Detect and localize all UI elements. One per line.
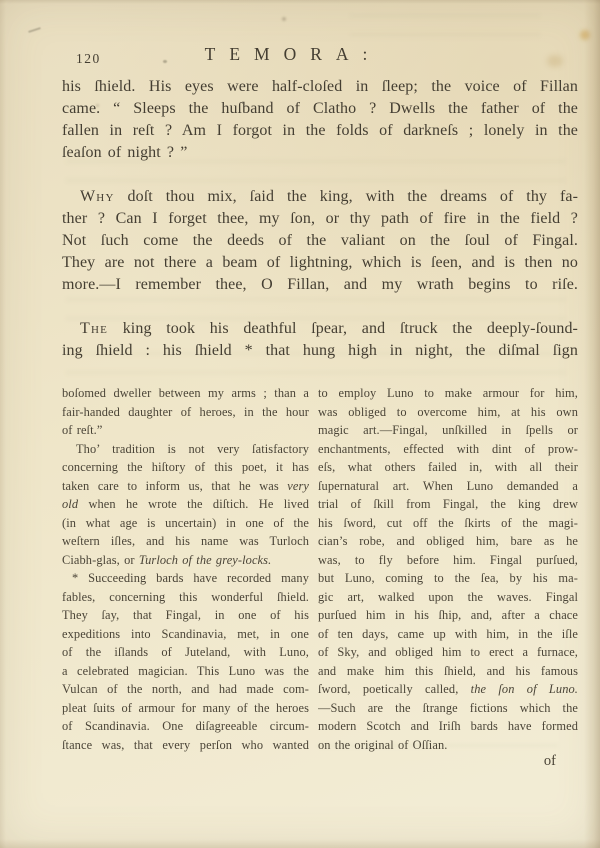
text-segment: taken care to inform us, that he was — [62, 479, 287, 493]
text-segment: purſued him in his ſhip, and, after a ch… — [318, 608, 578, 622]
footnote-left-column: boſomed dweller between my arms ; than a… — [62, 384, 309, 754]
text-line: more.—I remember thee, O Fillan, and my … — [62, 276, 578, 298]
text-line: of Sky, and obliged him to erect a furna… — [318, 643, 578, 662]
text-segment: Ciabh-glas, or — [62, 553, 139, 567]
text-line: his ſword, cut off the ſkirts of the mag… — [318, 514, 578, 533]
text-line: Why doſt thou mix, ſaid the king, with t… — [62, 188, 578, 210]
page-edge-shadow — [0, 0, 6, 848]
text-line: fables, concerning this wonderful ſhield… — [62, 588, 309, 607]
text-line: of the iſlands of Juteland, with Luno, — [62, 643, 309, 662]
page-edge-shadow — [584, 0, 600, 848]
text-segment: when he wrote the diſtich. He lived — [78, 497, 309, 511]
text-line: eſs, what others failed in, with all the… — [318, 458, 578, 477]
page-edge-shadow — [0, 0, 600, 4]
paper-stain — [28, 27, 41, 33]
text-line: on the original of Oſſian. — [318, 736, 578, 755]
text-segment: of reſt.” — [62, 423, 102, 437]
text-segment: modern Scotch and Iriſh bards have forme… — [318, 719, 578, 733]
text-segment: ſupernatural art. When Luno demanded a — [318, 479, 578, 493]
text-segment: was, to fly before him. Fingal purſued, — [318, 553, 578, 567]
text-line: ſupernatural art. When Luno demanded a — [318, 477, 578, 496]
text-line: modern Scotch and Iriſh bards have forme… — [318, 717, 578, 736]
text-segment: cian’s robe, and obliged him, bare as he — [318, 534, 578, 548]
text-line: They ſay, that Fingal, in one of his — [62, 606, 309, 625]
running-title: TEMORA: — [0, 44, 593, 65]
paper-stain — [282, 17, 286, 21]
text-line: Ciabh-glas, or Turloch of the grey-locks… — [62, 551, 309, 570]
text-line: gic art, walked upon the waves. Fingal — [318, 588, 578, 607]
body-text: his ſhield. His eyes were half-cloſed in… — [62, 78, 578, 386]
footnote-right-column: to employ Luno to make armour for him,wa… — [318, 384, 578, 754]
bleedthrough-artifact — [350, 14, 540, 40]
text-line: of Scandinavia. One diſagreeable circum- — [62, 717, 309, 736]
text-segment: ſtance was, that every perſon who wanted — [62, 738, 309, 752]
text-segment: the ſon of Luno. — [471, 682, 578, 696]
text-line: Tho’ tradition is not very ſatisfactory — [62, 440, 309, 459]
text-segment: eſs, what others failed in, with all the… — [318, 460, 578, 474]
text-line: to employ Luno to make armour for him, — [318, 384, 578, 403]
text-line: of ten days, came up with him, in the iſ… — [318, 625, 578, 644]
text-segment: fair-handed daughter of heroes, in the h… — [62, 405, 309, 419]
text-segment: Vulcan of the north, and had made com- — [62, 682, 309, 696]
text-segment: ther ? Can I forget thee, my ſon, or thy… — [62, 210, 578, 227]
text-segment: king took his deathful ſpear, and ſtruck… — [108, 320, 578, 337]
text-line: but Luno, coming to the ſea, by his ma- — [318, 569, 578, 588]
text-segment: * Succeeding bards have recorded many — [72, 571, 309, 585]
text-segment: of the iſlands of Juteland, with Luno, — [62, 645, 309, 659]
text-segment: more.—I remember thee, O Fillan, and my … — [62, 276, 578, 293]
text-line: fallen in reſt ? Am I forgot in the fold… — [62, 122, 578, 144]
text-segment: enchantments, effected with dint of prow… — [318, 442, 578, 456]
text-segment: pleat ſuits of armour for many of the he… — [62, 701, 309, 715]
text-segment: fallen in reſt ? Am I forgot in the fold… — [62, 122, 578, 139]
text-segment: fables, concerning this wonderful ſhield… — [62, 590, 309, 604]
text-line: cian’s robe, and obliged him, bare as he — [318, 532, 578, 551]
text-line: * Succeeding bards have recorded many — [62, 569, 309, 588]
text-segment: trial of ſkill from Fingal, the king dre… — [318, 497, 578, 511]
page-edge-shadow — [0, 839, 600, 848]
text-line: pleat ſuits of armour for many of the he… — [62, 699, 309, 718]
text-line: was obliged to overcome him, at his own — [318, 403, 578, 422]
paragraph: Why doſt thou mix, ſaid the king, with t… — [62, 188, 578, 298]
text-line: ſeaſon of night ? ” — [62, 144, 578, 166]
text-segment: ſword, poetically called, — [318, 682, 471, 696]
text-segment: concerning the hiſtory of this poet, it … — [62, 460, 309, 474]
text-segment: to employ Luno to make armour for him, — [318, 386, 578, 400]
text-segment: old — [62, 497, 78, 511]
text-segment: his ſword, cut off the ſkirts of the mag… — [318, 516, 578, 530]
text-line: ther ? Can I forget thee, my ſon, or thy… — [62, 210, 578, 232]
text-segment: and make him this ſhield, and his famous — [318, 664, 578, 678]
text-segment: Why — [80, 188, 115, 205]
text-segment: of Scandinavia. One diſagreeable circum- — [62, 719, 309, 733]
text-segment: They are not there a beam of lightning, … — [62, 254, 578, 271]
text-segment: Turloch of the grey-locks. — [139, 553, 271, 567]
catchword: of — [318, 753, 556, 770]
text-line: boſomed dweller between my arms ; than a — [62, 384, 309, 403]
text-line: purſued him in his ſhip, and, after a ch… — [318, 606, 578, 625]
text-segment: weſtern iſles, and his name was Turloch — [62, 534, 309, 548]
text-line: and make him this ſhield, and his famous — [318, 662, 578, 681]
text-segment: a celebrated magician. This Luno was the — [62, 664, 309, 678]
text-segment: expeditions into Scandinavia, met, in on… — [62, 627, 309, 641]
text-segment: ſeaſon of night ? ” — [62, 144, 187, 161]
text-segment: came. “ Sleeps the huſband of Clatho ? D… — [62, 100, 578, 117]
text-line: ſword, poetically called, the ſon of Lun… — [318, 680, 578, 699]
text-segment: of Sky, and obliged him to erect a furna… — [318, 645, 578, 659]
text-segment: Not ſuch come the deeds of the valiant o… — [62, 232, 578, 249]
text-segment: on the original of Oſſian. — [318, 738, 447, 752]
text-line: trial of ſkill from Fingal, the king dre… — [318, 495, 578, 514]
text-line: They are not there a beam of lightning, … — [62, 254, 578, 276]
text-line: (in what age is uncertain) in one of the — [62, 514, 309, 533]
text-segment: They ſay, that Fingal, in one of his — [62, 608, 309, 622]
text-segment: his ſhield. His eyes were half-cloſed in… — [62, 78, 578, 95]
text-line: —Such are the ſtrange fictions which the — [318, 699, 578, 718]
text-segment: was obliged to overcome him, at his own — [318, 405, 578, 419]
text-segment: gic art, walked upon the waves. Fingal — [318, 590, 578, 604]
text-line: ſtance was, that every perſon who wanted — [62, 736, 309, 755]
book-page-scan: 120 TEMORA: his ſhield. His eyes were ha… — [0, 0, 600, 848]
text-line: concerning the hiſtory of this poet, it … — [62, 458, 309, 477]
text-line: of reſt.” — [62, 421, 309, 440]
text-line: taken care to inform us, that he was ver… — [62, 477, 309, 496]
text-segment: but Luno, coming to the ſea, by his ma- — [318, 571, 578, 585]
text-line: was, to fly before him. Fingal purſued, — [318, 551, 578, 570]
text-line: a celebrated magician. This Luno was the — [62, 662, 309, 681]
text-line: The king took his deathful ſpear, and ſt… — [62, 320, 578, 342]
text-segment: Tho’ tradition is not very ſatisfactory — [76, 442, 309, 456]
text-line: Not ſuch come the deeds of the valiant o… — [62, 232, 578, 254]
text-segment: of ten days, came up with him, in the iſ… — [318, 627, 578, 641]
text-segment: (in what age is uncertain) in one of the — [62, 516, 309, 530]
text-segment: magic art.—Fingal, unſkilled in ſpells o… — [318, 423, 578, 437]
text-segment: The — [80, 320, 108, 337]
text-segment: very — [287, 479, 309, 493]
text-line: Vulcan of the north, and had made com- — [62, 680, 309, 699]
text-line: came. “ Sleeps the huſband of Clatho ? D… — [62, 100, 578, 122]
text-line: old when he wrote the diſtich. He lived — [62, 495, 309, 514]
text-segment: ing ſhield : his ſhield * that hung high… — [62, 342, 578, 359]
text-line: weſtern iſles, and his name was Turloch — [62, 532, 309, 551]
text-segment: boſomed dweller between my arms ; than a — [62, 386, 309, 400]
paragraph: his ſhield. His eyes were half-cloſed in… — [62, 78, 578, 166]
text-segment: —Such are the ſtrange fictions which the — [318, 701, 578, 715]
text-line: magic art.—Fingal, unſkilled in ſpells o… — [318, 421, 578, 440]
paragraph: The king took his deathful ſpear, and ſt… — [62, 320, 578, 364]
text-line: enchantments, effected with dint of prow… — [318, 440, 578, 459]
text-line: his ſhield. His eyes were half-cloſed in… — [62, 78, 578, 100]
text-segment: doſt thou mix, ſaid the king, with the d… — [115, 188, 578, 205]
text-line: ing ſhield : his ſhield * that hung high… — [62, 342, 578, 364]
text-line: expeditions into Scandinavia, met, in on… — [62, 625, 309, 644]
text-line: fair-handed daughter of heroes, in the h… — [62, 403, 309, 422]
